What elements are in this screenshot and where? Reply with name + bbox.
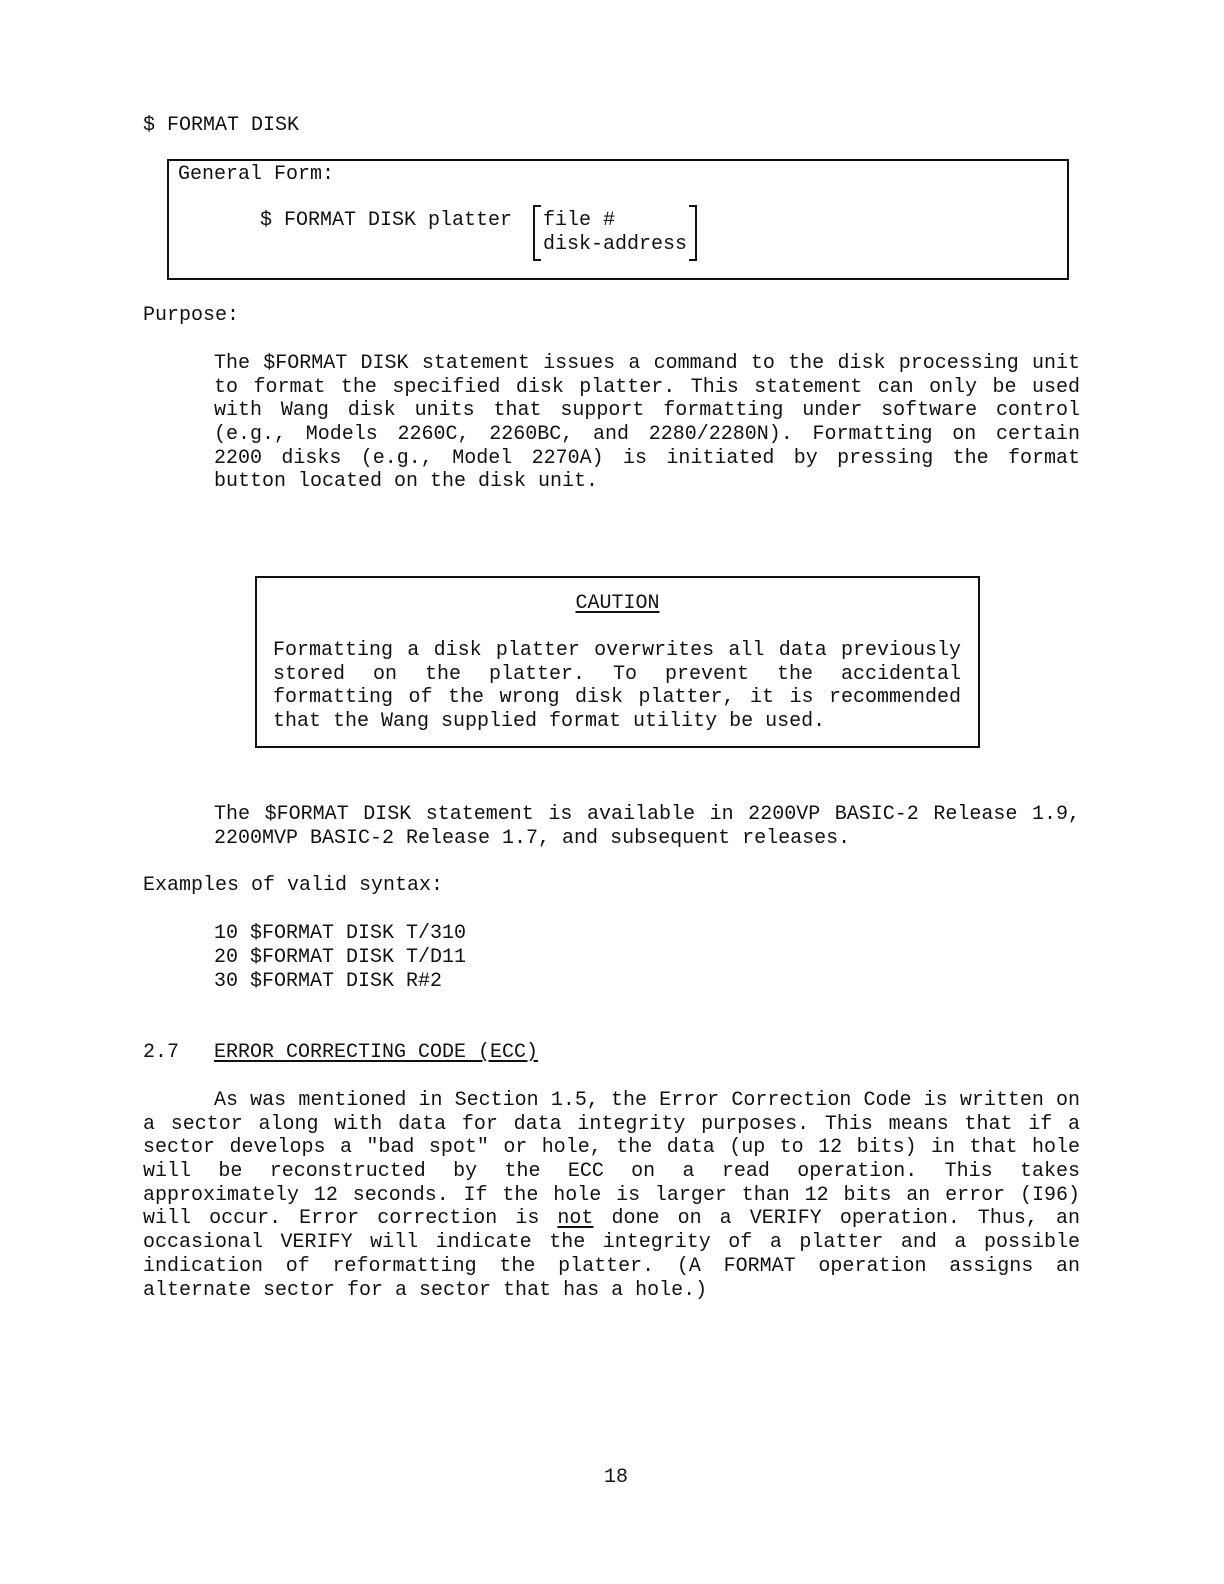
ecc-line: a sector along with data for data integr… [143,1113,1080,1137]
availability-line: 2200MVP BASIC-2 Release 1.7, and subsequ… [214,827,1080,851]
section-title: ERROR CORRECTING CODE (ECC) [214,1041,538,1065]
caution-line: that the Wang supplied format utility be… [273,710,961,734]
availability-line: The $FORMAT DISK statement is available … [214,803,1080,827]
option-disk-address: disk-address [543,233,687,257]
emphasis-not: not [557,1207,593,1230]
examples-label: Examples of valid syntax: [143,874,443,898]
ecc-line: will be reconstructed by the ECC on a re… [143,1160,1080,1184]
ecc-paragraph: As was mentioned in Section 1.5, the Err… [143,1089,1080,1302]
purpose-line: (e.g., Models 2260C, 2260BC, and 2280/22… [214,423,1080,447]
caution-text: Formatting a disk platter overwrites all… [273,639,961,734]
general-form-syntax: $ FORMAT DISK platter [260,209,512,233]
option-file-number: file # [543,209,615,233]
right-bracket [689,205,697,261]
page-heading: $ FORMAT DISK [143,114,299,138]
purpose-line: button located on the disk unit. [214,470,1080,494]
purpose-line: The $FORMAT DISK statement issues a comm… [214,352,1080,376]
general-form-label: General Form: [178,163,334,187]
section-number: 2.7 [143,1041,179,1065]
purpose-line: 2200 disks (e.g., Model 2270A) is initia… [214,447,1080,471]
general-form-box: General Form: $ FORMAT DISK platter file… [167,159,1069,280]
caution-title: CAUTION [257,592,978,616]
left-bracket [533,205,541,261]
availability-paragraph: The $FORMAT DISK statement is available … [214,803,1080,850]
example-line: 30 $FORMAT DISK R#2 [214,970,442,994]
purpose-paragraph: The $FORMAT DISK statement issues a comm… [214,352,1080,494]
page-number: 18 [0,1466,1224,1490]
ecc-line: sector develops a "bad spot" or hole, th… [143,1136,1080,1160]
ecc-line: As was mentioned in Section 1.5, the Err… [143,1089,1080,1113]
caution-line: stored on the platter. To prevent the ac… [273,663,961,687]
ecc-line: alternate sector for a sector that has a… [143,1279,1080,1303]
ecc-line-text: done on a VERIFY operation. Thus, an [612,1207,1080,1230]
caution-line: formatting of the wrong disk platter, it… [273,686,961,710]
ecc-line-text: will occur. Error correction is [143,1207,539,1230]
caution-line: Formatting a disk platter overwrites all… [273,639,961,663]
purpose-label: Purpose: [143,304,239,328]
caution-box: CAUTION Formatting a disk platter overwr… [255,576,980,748]
example-line: 20 $FORMAT DISK T/D11 [214,946,466,970]
purpose-line: to format the specified disk platter. Th… [214,376,1080,400]
example-line: 10 $FORMAT DISK T/310 [214,922,466,946]
ecc-line: occasional VERIFY will indicate the inte… [143,1231,1080,1255]
ecc-line: indication of reformatting the platter. … [143,1255,1080,1279]
ecc-line: approximately 12 seconds. If the hole is… [143,1184,1080,1208]
ecc-line-text: As was mentioned in Section 1.5, the Err… [214,1089,1080,1112]
ecc-line: will occur. Error correction is not done… [143,1207,1080,1231]
purpose-line: with Wang disk units that support format… [214,399,1080,423]
